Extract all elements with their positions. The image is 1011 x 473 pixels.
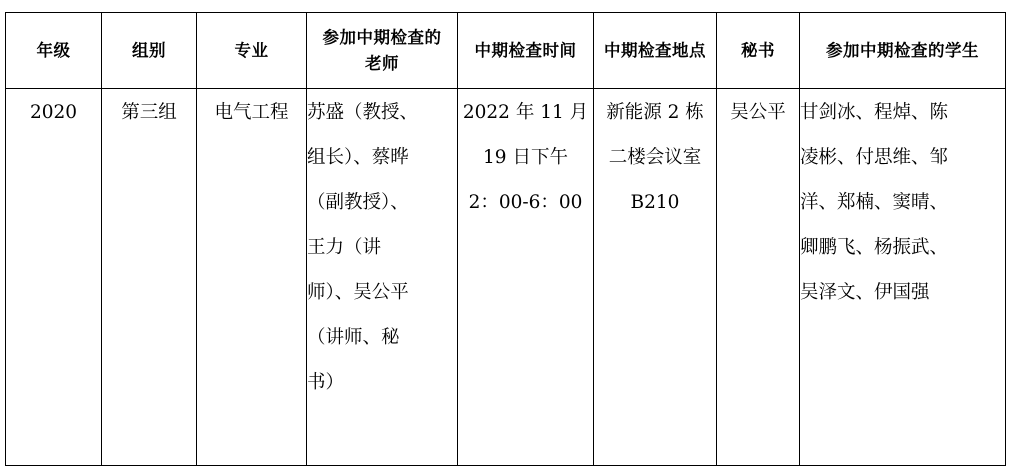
students-line: 凌彬、付思维、邹: [800, 135, 1005, 180]
time-line: 2：00-6：00: [458, 180, 593, 225]
table-row: 2020 第三组 电气工程 苏盛（教授、 组长）、蔡晔 （副教授）、 王力（讲 …: [6, 89, 1006, 466]
location-line: B210: [594, 180, 716, 225]
header-group: 组别: [102, 13, 197, 89]
teachers-line: 组长）、蔡晔: [307, 135, 457, 180]
teachers-line: 苏盛（教授、: [307, 90, 457, 135]
time-line: 19 日下午: [458, 135, 593, 180]
students-line: 吴泽文、伊国强: [800, 270, 1005, 315]
midterm-check-table: 年级 组别 专业 参加中期检查的 老师 中期检查时间 中期检查地点 秘书 参加中…: [5, 12, 1006, 466]
header-secretary: 秘书: [717, 13, 800, 89]
cell-location: 新能源 2 栋 二楼会议室 B210: [594, 89, 717, 466]
header-teachers-line: 老师: [307, 51, 457, 77]
header-row: 年级 组别 专业 参加中期检查的 老师 中期检查时间 中期检查地点 秘书 参加中…: [6, 13, 1006, 89]
cell-secretary: 吴公平: [717, 89, 800, 466]
header-grade: 年级: [6, 13, 102, 89]
header-major: 专业: [197, 13, 307, 89]
time-line: 2022 年 11 月: [458, 90, 593, 135]
teachers-line: 师）、吴公平: [307, 270, 457, 315]
header-teachers-line: 参加中期检查的: [307, 25, 457, 51]
cell-time: 2022 年 11 月 19 日下午 2：00-6：00: [458, 89, 594, 466]
header-location: 中期检查地点: [594, 13, 717, 89]
teachers-line: （讲师、秘: [307, 315, 457, 360]
teachers-line: 书）: [307, 360, 457, 405]
teachers-line: （副教授）、: [307, 180, 457, 225]
location-line: 二楼会议室: [594, 135, 716, 180]
students-line: 甘剑冰、程焯、陈: [800, 90, 1005, 135]
students-line: 洋、郑楠、窦晴、: [800, 180, 1005, 225]
cell-teachers: 苏盛（教授、 组长）、蔡晔 （副教授）、 王力（讲 师）、吴公平 （讲师、秘 书…: [307, 89, 458, 466]
students-line: 卿鹏飞、杨振武、: [800, 225, 1005, 270]
cell-group: 第三组: [102, 89, 197, 466]
header-teachers: 参加中期检查的 老师: [307, 13, 458, 89]
header-students: 参加中期检查的学生: [800, 13, 1006, 89]
header-time: 中期检查时间: [458, 13, 594, 89]
cell-students: 甘剑冰、程焯、陈 凌彬、付思维、邹 洋、郑楠、窦晴、 卿鹏飞、杨振武、 吴泽文、…: [800, 89, 1006, 466]
location-line: 新能源 2 栋: [594, 90, 716, 135]
cell-major: 电气工程: [197, 89, 307, 466]
cell-grade: 2020: [6, 89, 102, 466]
teachers-line: 王力（讲: [307, 225, 457, 270]
